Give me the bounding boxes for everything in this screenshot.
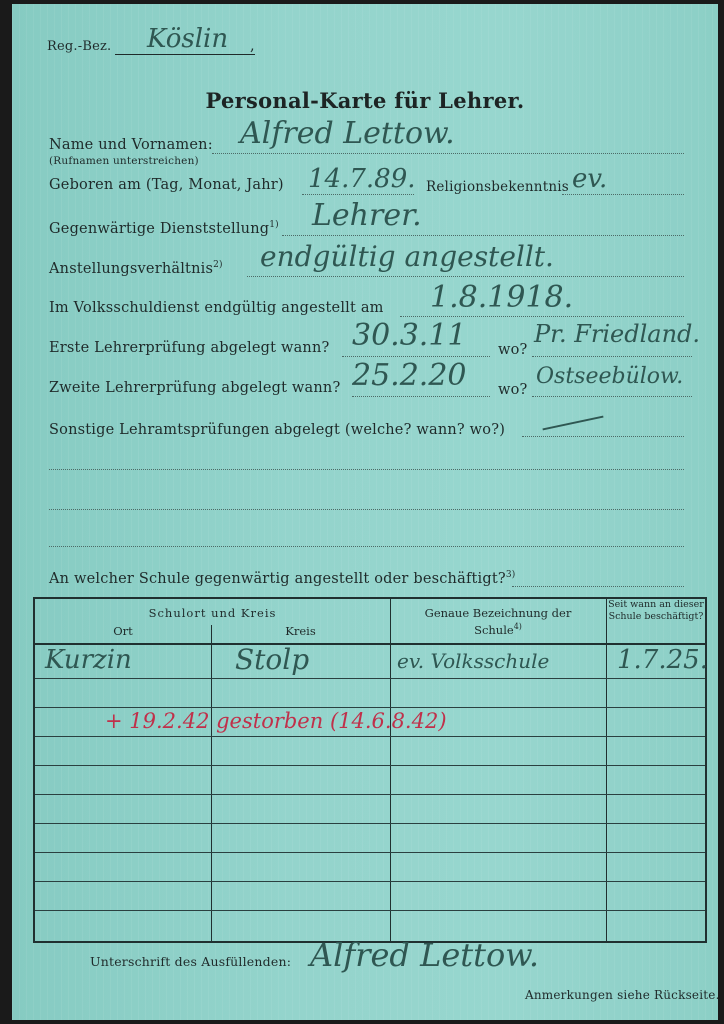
employment-value: endgültig angestellt. <box>260 240 554 273</box>
position-value: Lehrer. <box>312 198 422 233</box>
school-question-line <box>512 586 684 587</box>
school-question-label: An welcher Schule gegenwärtig angestellt… <box>49 570 516 587</box>
first-exam-line <box>342 356 490 357</box>
other-exams-line-3 <box>49 509 684 510</box>
birth-line <box>302 194 414 195</box>
col-divider-kreis-schule <box>390 599 391 941</box>
birth-label: Geboren am (Tag, Monat, Jahr) <box>49 177 284 193</box>
col-header-seit: Seit wann an dieser Schule beschäftigt? <box>607 599 705 623</box>
death-note: + 19.2.42 gestorben (14.6.8.42) <box>105 709 447 733</box>
first-exam-label: Erste Lehrerprüfung abgelegt wann? <box>49 340 330 356</box>
reg-bez-label: Reg.-Bez. <box>47 39 111 54</box>
position-label: Gegenwärtige Dienststellung1) <box>49 220 279 237</box>
row-line <box>35 852 705 853</box>
cell-ort: Kurzin <box>45 645 132 675</box>
birth-value: 14.7.89. <box>308 164 416 194</box>
first-exam-where-value: Pr. Friedland. <box>534 320 700 348</box>
religion-line <box>562 194 684 195</box>
name-line <box>212 153 684 154</box>
cell-seit: 1.7.25. <box>617 645 708 675</box>
other-exams-line-2 <box>49 469 684 470</box>
col-header-kreis: Kreis <box>211 625 390 638</box>
second-exam-line <box>352 396 490 397</box>
other-exams-line <box>522 436 684 437</box>
position-line <box>282 235 684 236</box>
first-exam-value: 30.3.11 <box>352 318 467 353</box>
col-divider-schule-seit <box>606 599 607 941</box>
employment-label: Anstellungsverhältnis2) <box>49 260 223 277</box>
cell-kreis: Stolp <box>235 643 309 676</box>
col-header-schule: Genaue Bezeichnung der Schule4) <box>420 607 576 637</box>
card-title: Personal-Karte für Lehrer. <box>12 88 718 113</box>
second-exam-where-label: wo? <box>498 382 528 398</box>
employment-line <box>247 276 684 277</box>
second-exam-value: 25.2.20 <box>352 358 467 393</box>
reg-bez-suffix: , <box>250 38 255 54</box>
religion-value: ev. <box>572 164 607 194</box>
school-table: Schulort und Kreis Ort Kreis Genaue Beze… <box>33 597 707 943</box>
group-header-schulort: Schulort und Kreis <box>35 607 390 620</box>
cell-schule: ev. Volksschule <box>397 649 549 673</box>
name-label: Name und Vornamen: <box>49 137 213 153</box>
signature-label: Unterschrift des Ausfüllenden: <box>90 954 291 969</box>
reg-bez-value: Köslin <box>147 24 228 54</box>
second-exam-label: Zweite Lehrerprüfung abgelegt wann? <box>49 380 340 396</box>
permanent-value: 1.8.1918. <box>430 280 573 315</box>
other-exams-label: Sonstige Lehramtsprüfungen abgelegt (wel… <box>49 422 505 438</box>
row-line <box>35 765 705 766</box>
other-exams-line-4 <box>49 546 684 547</box>
row-line <box>35 678 705 679</box>
second-exam-where-line <box>532 396 692 397</box>
row-line <box>35 736 705 737</box>
first-exam-where-line <box>532 356 692 357</box>
col-divider-ort-kreis <box>211 625 212 941</box>
row-line <box>35 910 705 911</box>
signature-value: Alfred Lettow. <box>310 936 539 974</box>
second-exam-where-value: Ostseebülow. <box>536 364 683 389</box>
name-sublabel: (Rufnamen unterstreichen) <box>49 155 199 167</box>
religion-label: Religionsbekenntnis <box>426 179 569 195</box>
row-line <box>35 823 705 824</box>
permanent-line <box>400 316 684 317</box>
row-line <box>35 794 705 795</box>
row-line <box>35 707 705 708</box>
reg-bez-underline <box>115 54 255 55</box>
row-line <box>35 881 705 882</box>
col-header-ort: Ort <box>35 625 211 638</box>
permanent-label: Im Volksschuldienst endgültig angestellt… <box>49 300 384 316</box>
footer-note: Anmerkungen siehe Rückseite. <box>525 988 720 1002</box>
header-divider <box>35 643 705 645</box>
first-exam-where-label: wo? <box>498 342 528 358</box>
name-value: Alfred Lettow. <box>240 116 455 151</box>
other-exams-dash <box>542 416 603 431</box>
